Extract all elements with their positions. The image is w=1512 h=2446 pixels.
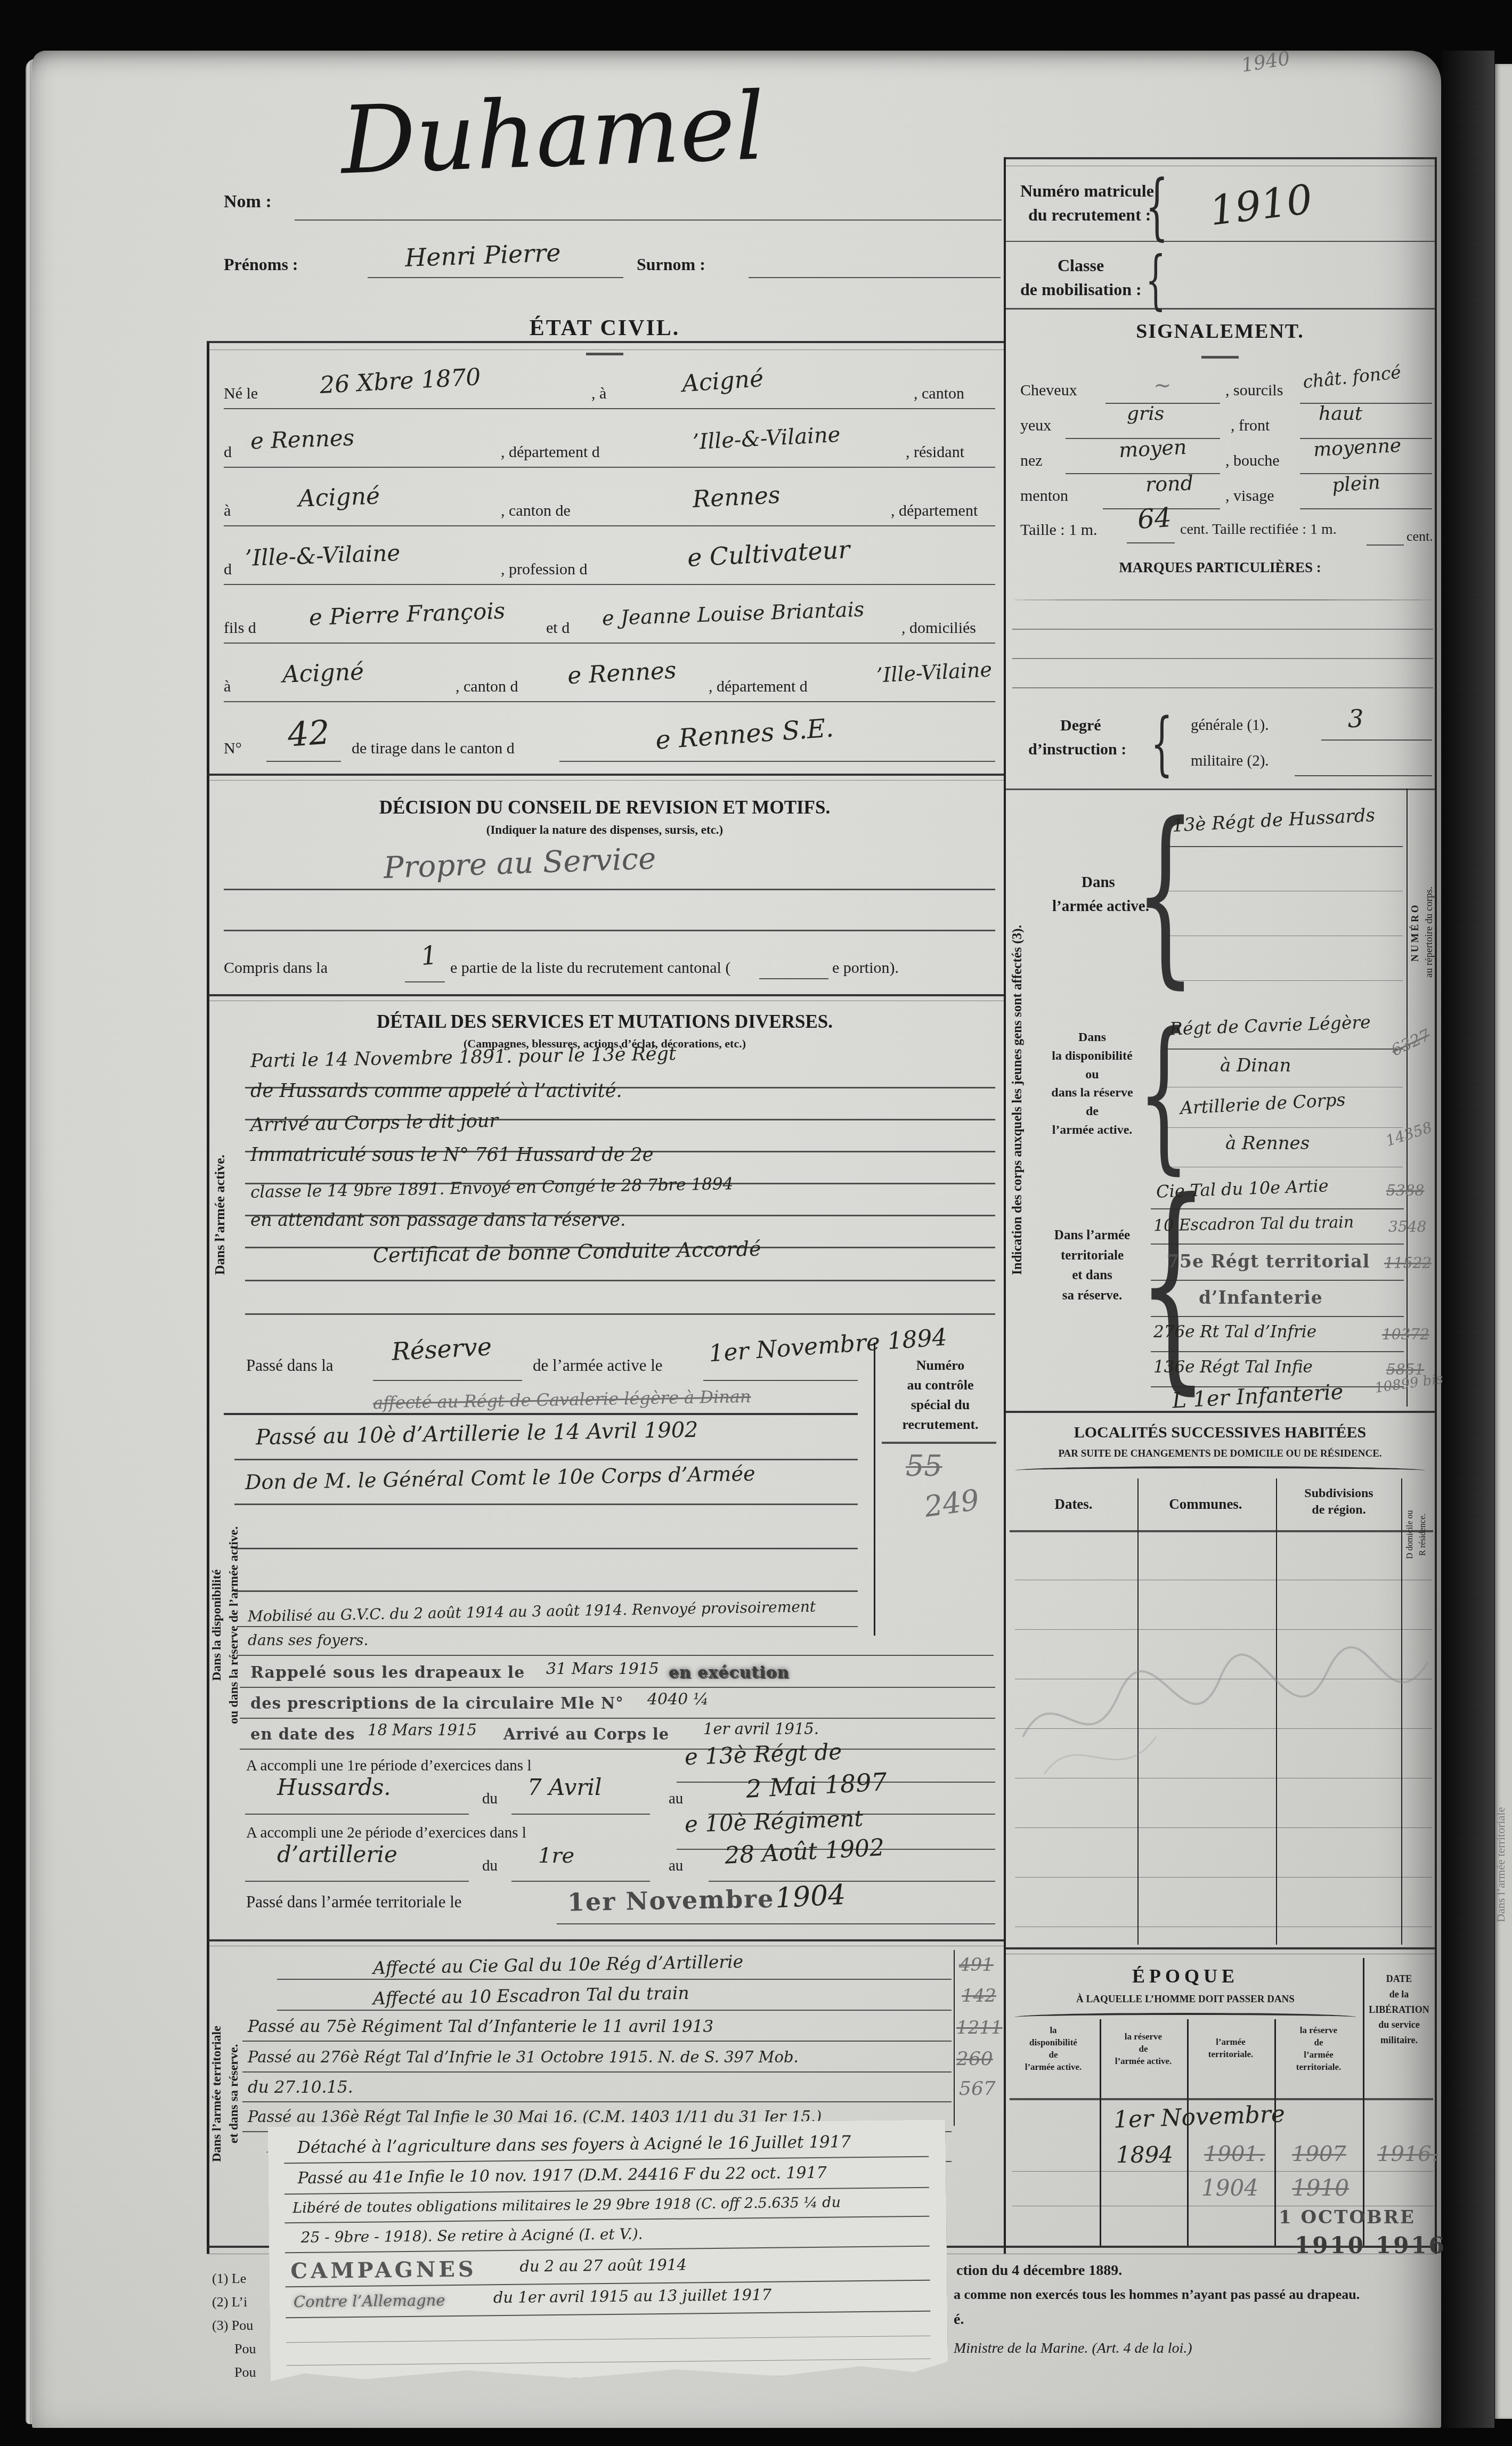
periode1-rule-3: [511, 1814, 650, 1815]
corps-dispo-rule-2: [1164, 1087, 1403, 1087]
epoque-col-2: la réserve de l’armée active.: [1101, 2031, 1186, 2068]
classe-label-1: Classe: [1058, 256, 1104, 275]
form-left-border: [207, 341, 209, 2254]
d2-label: d: [224, 560, 232, 579]
corps-active-rule-4: [1164, 980, 1403, 981]
canton-label: , canton: [914, 385, 964, 403]
endate-stamp-b: Arrivé au Corps le: [503, 1725, 669, 1743]
localites-row-2: [1015, 1629, 1432, 1630]
passe-reserve-label-b: de l’armée active le: [533, 1356, 663, 1375]
localites-head-rule: [1010, 1530, 1433, 1532]
matricule-label-2: du recrutement :: [1028, 205, 1151, 225]
territorial-margin-label-2: et dans sa réserve.: [227, 1955, 241, 2232]
mobilise-rule-2: [237, 1655, 994, 1656]
taille-label-b: cent. Taille rectifiée : 1 m.: [1180, 521, 1337, 538]
visage-rule: [1300, 508, 1432, 509]
epoque-row-1: [1012, 2171, 1433, 2172]
localites-col-dr-2: R résidence.: [1418, 1486, 1428, 1582]
corps-dispo-value-4: à Rennes: [1225, 1133, 1310, 1154]
a3-label: à: [224, 678, 231, 696]
corps-margin-label: Indication des corps auxquels les jeunes…: [1010, 799, 1025, 1401]
localites-vline-3: [1401, 1478, 1402, 1945]
slip-rule-7: [286, 2336, 931, 2343]
corps-terr-value-2: 10 Escadron Tal du train: [1153, 1213, 1354, 1236]
decision-subtitle: (Indiquer la nature des dispenses, sursi…: [486, 823, 724, 837]
bouche-label: , bouche: [1225, 452, 1280, 470]
footnote-right-2: a comme non exercés tous les hommes n’ay…: [954, 2287, 1360, 2303]
a3-value: Acigné: [282, 658, 364, 688]
localites-row-7: [1015, 1877, 1432, 1878]
signalement-dash: [1201, 356, 1239, 359]
territorial-rule-4: [242, 2071, 952, 2073]
a1-value: Acigné: [681, 365, 764, 398]
prescriptions-rule: [240, 1718, 995, 1719]
nez-label: nez: [1020, 452, 1043, 470]
mobilise-rule-1: [237, 1626, 858, 1627]
fils-label: fils d: [224, 619, 256, 637]
epoque-c4-value-1: 1907: [1292, 2142, 1346, 2166]
localites-col-subdiv: Subdivisions de région.: [1304, 1485, 1373, 1518]
next-page-sliver: [1495, 64, 1512, 2419]
nom-line: [295, 220, 1002, 221]
service-line-4: Immatriculé sous le N° 761 Hussard de 2e: [250, 1144, 653, 1166]
compris-label-c: e portion).: [832, 959, 899, 977]
bouche-value: moyenne: [1313, 435, 1402, 461]
corps-terr-rule-2: [1151, 1244, 1404, 1245]
periode1-value-2: Hussards.: [277, 1774, 391, 1800]
reserve-margin-label-2: ou dans la réserve de l’armée active.: [227, 1364, 241, 1886]
ordre-general-rule: [234, 1504, 858, 1505]
periode1-du-value: 7 Avril: [527, 1774, 601, 1800]
rappele-stamp-a: Rappelé sous les drapeaux le: [250, 1663, 525, 1682]
slip-rule-6: [286, 2311, 930, 2319]
passe-reserve-label-a: Passé dans la: [246, 1356, 334, 1375]
reserve-blank-1: [234, 1548, 858, 1549]
periode1-value: e 13è Régt de: [684, 1738, 842, 1770]
corps-numero-label-2: au répertoire du corps.: [1424, 820, 1435, 1044]
ec-line-1: [224, 408, 995, 409]
prescriptions-stamp: des prescriptions de la circulaire Mle N…: [250, 1694, 624, 1712]
generale-rule: [1321, 740, 1432, 741]
footnote-4: Pou: [234, 2341, 256, 2357]
rappele-rule: [240, 1687, 995, 1688]
menton-value: rond: [1145, 471, 1193, 496]
corps-active-rule-2: [1164, 891, 1403, 891]
section-rule-2b: [207, 1001, 1004, 1001]
front-label: , front: [1231, 417, 1270, 435]
militaire-label: militaire (2).: [1191, 752, 1269, 770]
controle-label-1: Numéro: [916, 1358, 965, 1374]
controle-box-border: [874, 1343, 875, 1636]
ec-line-2: [224, 467, 995, 468]
taille-rule-2: [1367, 545, 1404, 546]
localites-row-8: [1015, 1927, 1432, 1927]
section-rule-3: [207, 1939, 1004, 1941]
prescriptions-value: 4040 ¼: [647, 1690, 709, 1709]
compris-line-1: [405, 981, 445, 982]
localites-row-1: [1015, 1580, 1432, 1580]
territorial-line-5: du 27.10.15.: [248, 2078, 353, 2097]
territoriale-stamp: 1er Novembre: [567, 1884, 775, 1917]
localites-vline-1: [1137, 1478, 1139, 1945]
periode2-du: du: [482, 1857, 498, 1875]
territorial-rule-3: [242, 2041, 952, 2042]
periode1-rule-2: [245, 1814, 469, 1815]
slip-rule-3: [284, 2216, 929, 2224]
canton2-label: , canton de: [501, 502, 571, 520]
domicilies-label: , domiciliés: [901, 619, 976, 637]
next-page-margin-label: Dans l’armée territoriale: [1494, 1678, 1508, 2051]
footnote-5: Pou: [234, 2364, 256, 2380]
territorial-rule-2: [277, 2010, 952, 2011]
periode2-value-2: d’artillerie: [277, 1841, 397, 1867]
menton-label: menton: [1020, 487, 1068, 505]
localites-row-4: [1015, 1728, 1432, 1729]
corps-dispo-rule-3: [1164, 1127, 1403, 1128]
marques-line-2: [1012, 629, 1433, 630]
corps-active-label-1: Dans: [1082, 874, 1115, 891]
slip-rule-1: [284, 2156, 929, 2164]
residant-label: , résidant: [906, 443, 964, 461]
services-margin-label: Dans l’armée active.: [212, 1066, 228, 1364]
epoque-c3-value-1: 1901.: [1204, 2142, 1265, 2166]
services-title: DÉTAIL DES SERVICES ET MUTATIONS DIVERSE…: [377, 1011, 833, 1033]
localites-bottom-rule2: [1006, 1954, 1435, 1954]
periode2-du-value: 1re: [538, 1843, 574, 1868]
slip-line-3: Libéré de toutes obligations militaires …: [292, 2194, 841, 2216]
corps-terr-num-1: 5388: [1386, 1182, 1424, 1199]
section-rule-2: [207, 994, 1004, 996]
form-right-border: [1435, 157, 1437, 2254]
section-rule-1b: [207, 780, 1004, 781]
matricule-divider: [1004, 241, 1435, 242]
territoriale-value: 1904: [775, 1879, 847, 1915]
matricule-box-top: [1004, 157, 1437, 159]
reserve-margin-label-1: Dans la disponibilité: [210, 1364, 224, 1886]
periode2-rule-3: [511, 1881, 650, 1882]
d2-value: ’Ille-&-Vilaine: [245, 540, 401, 571]
slip-rule-8: [286, 2359, 931, 2366]
dept2-label: , département: [891, 502, 978, 520]
slip-line-4: 25 - 9bre - 1918). Se retire à Acigné (I…: [301, 2225, 643, 2246]
periode1-du: du: [482, 1790, 498, 1808]
corps-terr-label: Dans l’armée territoriale et dans sa rés…: [1039, 1225, 1145, 1305]
passe-artillerie-rule: [234, 1459, 858, 1460]
localites-subtitle: PAR SUITE DE CHANGEMENTS DE DOMICILE OU …: [1058, 1448, 1381, 1460]
classe-label-2: de mobilisation :: [1020, 280, 1142, 299]
dept3-label: , département d: [709, 678, 808, 696]
surnom-line: [749, 277, 1001, 278]
corps-terr-rule-4: [1151, 1351, 1404, 1352]
localites-col-dates: Dates.: [1054, 1496, 1092, 1513]
corps-numero-label-1: NUMÉRO: [1410, 820, 1421, 1044]
tirage-line: [559, 761, 995, 762]
localites-col-communes: Communes.: [1169, 1496, 1242, 1513]
controle-old-value: 55: [906, 1449, 942, 1483]
instruction-label-1: Degré: [1060, 717, 1101, 735]
epoque-col-3: l’armée territoriale.: [1188, 2036, 1273, 2061]
signalement-title: SIGNALEMENT.: [1136, 320, 1304, 343]
controle-label-3: spécial du: [911, 1397, 970, 1413]
epoque-vline-date: [1363, 1958, 1364, 2246]
etat-civil-dash: [586, 353, 623, 355]
canton2-value: Rennes: [692, 482, 781, 514]
classe-brace: {: [1145, 248, 1166, 312]
mobilise-line-2: dans ses foyers.: [248, 1631, 368, 1649]
epoque-1916-stamp: 1916: [1376, 2232, 1446, 2258]
slip-campagne-2a: Contre l’Allemagne: [294, 2291, 445, 2311]
localites-title: LOCALITÉS SUCCESSIVES HABITÉES: [1074, 1424, 1367, 1442]
instruction-brace: {: [1151, 709, 1173, 778]
yeux-label: yeux: [1020, 417, 1051, 435]
prenoms-label: Prénoms :: [224, 255, 298, 274]
corps-dispo-value-2: à Dinan: [1220, 1055, 1291, 1076]
footnote-right-1: ction du 4 décembre 1889.: [956, 2262, 1122, 2279]
compris-line-2: [759, 978, 828, 979]
localites-row-5: [1015, 1778, 1432, 1778]
prof-label: , profession d: [501, 560, 587, 579]
cheveux-value: ~: [1153, 373, 1172, 397]
slip-campagne-2b: du 1er avril 1915 au 13 juillet 1917: [493, 2286, 771, 2306]
periode2-label: A accompli une 2e période d’exercices da…: [246, 1824, 526, 1842]
endate-value-a: 18 Mars 1915: [368, 1721, 477, 1739]
corps-active-label-2: l’armée active.: [1052, 898, 1149, 915]
territorial-line-3: Passé au 75è Régiment Tal d’Infanterie l…: [248, 2017, 713, 2036]
localites-row-6: [1015, 1827, 1432, 1828]
territorial-num-5: 567: [959, 2078, 996, 2100]
endate-rule: [240, 1749, 995, 1750]
service-rule-7: [245, 1280, 995, 1281]
footnote-1: (1) Le: [212, 2271, 246, 2287]
territorial-line-4: Passé au 276è Régt Tal d’Infrie le 31 Oc…: [248, 2048, 799, 2066]
corps-bottom-rule: [1006, 1411, 1435, 1413]
form-top-border: [207, 341, 1004, 343]
territorial-num-1: 491: [959, 1954, 994, 1976]
decision-line-2: [224, 930, 995, 931]
endate-stamp-a: en date des: [250, 1725, 355, 1743]
ec-line-3: [224, 525, 995, 526]
territoriale-rule: [557, 1923, 995, 1924]
ec-line-4: [224, 584, 995, 585]
corps-terr-stamp-1b: d’Infanterie: [1199, 1287, 1323, 1308]
slip-rule-2: [284, 2187, 929, 2195]
instruction-bottom-rule: [1006, 789, 1435, 790]
nez-value: moyen: [1118, 435, 1187, 462]
epoque-subtitle: À LAQUELLE L’HOMME DOIT PASSER DANS: [1076, 1994, 1295, 2005]
epoque-octobre-stamp: 1 OCTOBRE: [1279, 2207, 1416, 2228]
periode2-au: au: [669, 1857, 683, 1875]
tirage-label: de tirage dans le canton d: [352, 740, 515, 758]
localites-vline-2: [1276, 1478, 1277, 1945]
name-signature: Duhamel: [339, 72, 767, 196]
slip-campagne-1: du 2 au 27 août 1914: [519, 2255, 687, 2275]
periode2-rule-4: [709, 1881, 995, 1882]
d1-value: e Rennes: [250, 425, 355, 454]
footnote-right-3: é.: [954, 2311, 964, 2328]
periode2-rule-2: [245, 1881, 469, 1882]
epoque-c4-value-2: 1910: [1292, 2175, 1349, 2201]
taille-value: 64: [1136, 502, 1173, 535]
cavalerie-rule: [224, 1413, 858, 1415]
taille-label-c: cent.: [1407, 529, 1433, 545]
territorial-num-2: 142: [962, 1985, 996, 2006]
marques-line-1: [1012, 599, 1433, 600]
epoque-ornament: [1015, 2013, 1356, 2021]
corps-terr-stamp-1: 75e Régt territorial: [1167, 1251, 1370, 1272]
corps-terr-num-4: 10372: [1382, 1326, 1429, 1343]
corps-terr-num-2: 3548: [1388, 1218, 1426, 1236]
nez-rule: [1066, 473, 1220, 474]
localites-row-3: [1015, 1679, 1432, 1679]
sourcils-label: , sourcils: [1225, 381, 1283, 400]
epoque-head-rule: [1010, 2098, 1433, 2100]
visage-value: plein: [1331, 472, 1381, 497]
epoque-row-2: [1012, 2206, 1433, 2206]
compris-label-b: e partie de la liste du recrutement cant…: [450, 959, 730, 977]
taille-rule-1: [1127, 542, 1175, 543]
slip-rule-4: [285, 2246, 930, 2254]
matricule-box-bottom: [1004, 308, 1435, 310]
taille-label-a: Taille : 1 m.: [1020, 521, 1098, 539]
corps-terr-num-3: 11522: [1384, 1254, 1432, 1272]
tirage-no-value: 42: [287, 712, 331, 754]
canton3-label: , canton d: [456, 678, 518, 696]
periode1-label: A accompli une 1re période d’exercices d…: [246, 1757, 531, 1775]
epoque-col-date: DATE de la LIBÉRATION du service militai…: [1365, 1971, 1433, 2048]
territorial-num-divider: [954, 1950, 955, 2126]
surnom-label: Surnom :: [637, 255, 705, 274]
canton3-value: e Rennes: [567, 657, 677, 690]
marques-line-3: [1012, 658, 1433, 659]
corps-terr-rule-3b: [1151, 1316, 1404, 1317]
a1-label: , à: [591, 385, 606, 403]
territorial-num-4: 260: [956, 2048, 993, 2070]
territoriale-label: Passé dans l’armée territoriale le: [246, 1892, 462, 1912]
rappele-value: 31 Mars 1915: [546, 1660, 659, 1678]
decision-title: DÉCISION DU CONSEIL DE REVISION ET MOTIF…: [379, 797, 830, 818]
localites-bottom-rule: [1006, 1947, 1435, 1949]
cheveux-label: Cheveux: [1020, 381, 1077, 400]
controle-label-2: au contrôle: [907, 1377, 974, 1393]
slip-line-1: Détaché à l’agriculture dans ses foyers …: [297, 2132, 851, 2157]
a2-value: Acigné: [298, 482, 380, 512]
epoque-1910-stamp: 1910: [1295, 2232, 1365, 2258]
territorial-num-3: 1211: [956, 2017, 1003, 2038]
book-gutter: [1441, 51, 1494, 2428]
reserve-blank-2: [234, 1590, 858, 1592]
ec-line-5: [224, 643, 995, 644]
generale-value: 3: [1348, 704, 1363, 733]
ne-le-label: Né le: [224, 385, 258, 403]
dept1-label: , département d: [501, 443, 600, 461]
territorial-rule-1: [277, 1979, 952, 1980]
prenoms-line: [368, 277, 623, 278]
decision-line-1: [224, 889, 995, 890]
et-label: et d: [546, 619, 570, 637]
compris-value: 1: [420, 940, 438, 971]
corps-dispo-label: Dans la disponibilité ou dans la réserve…: [1042, 1028, 1143, 1140]
ec-line-6: [224, 701, 995, 702]
corps-terr-rule-3: [1151, 1280, 1404, 1281]
epoque-col-4: la réserve de l’armée territoriale.: [1275, 2025, 1362, 2074]
slip-line-2: Passé au 41e Infie le 10 nov. 1917 (D.M.…: [297, 2164, 827, 2188]
footnote-3: (3) Pou: [212, 2318, 253, 2334]
corps-active-rule-1: [1164, 846, 1403, 847]
section-rule-1: [207, 774, 1004, 776]
campagnes-stamp: CAMPAGNES: [290, 2257, 477, 2284]
tirage-no-label: N°: [224, 740, 242, 758]
corps-num-divider: [1407, 789, 1408, 1407]
corps-terr-value-4: 276e Rt Tal d’Infrie: [1153, 1322, 1316, 1342]
generale-label: générale (1).: [1191, 717, 1269, 734]
matricule-label-1: Numéro matricule: [1020, 181, 1154, 201]
territorial-margin-label-1: Dans l’armée territoriale: [210, 1955, 224, 2232]
matricule-box-top2: [1004, 166, 1437, 166]
localites-ornament: [1015, 1466, 1425, 1475]
corps-dispo-rule-1: [1164, 1049, 1403, 1050]
epoque-c5-value: 1916.: [1377, 2142, 1438, 2166]
yeux-value: gris: [1127, 403, 1164, 425]
service-line-3: Arrivé au Corps le dit jour: [250, 1110, 499, 1136]
front-value: haut: [1319, 403, 1362, 425]
rappele-stamp-b: en exécution: [669, 1663, 790, 1682]
marques-line-4: [1012, 687, 1433, 688]
militaire-rule: [1295, 775, 1432, 776]
endate-value-b: 1er avril 1915.: [703, 1720, 819, 1738]
pasted-slip: Détaché à l’agriculture dans ses foyers …: [268, 2119, 948, 2381]
footnote-right-4: Ministre de la Marine. (Art. 4 de la loi…: [954, 2340, 1192, 2357]
passe-reserve-line-b: [703, 1380, 858, 1381]
tirage-no-line: [266, 761, 341, 762]
matricule-brace: {: [1145, 170, 1168, 242]
a2-label: à: [224, 502, 231, 520]
territorial-rule-5: [242, 2101, 952, 2102]
periode1-au: au: [669, 1790, 683, 1808]
service-line-6: en attendant son passage dans la réserve…: [250, 1209, 626, 1230]
form-top-border2: [207, 350, 1004, 350]
scanned-register-photo: Dans l’armée territoriale 1940 Duhamel N…: [0, 0, 1512, 2446]
service-line-2: de Hussards comme appelé à l’activité.: [250, 1080, 622, 1102]
prenoms-value: Henri Pierre: [404, 238, 561, 272]
passe-reserve-line-a: [373, 1380, 522, 1381]
nom-label: Nom :: [224, 192, 272, 212]
footnote-2: (2) L’i: [212, 2294, 247, 2310]
controle-label-4: recrutement.: [902, 1417, 978, 1433]
etat-civil-title: ÉTAT CIVIL.: [530, 315, 680, 341]
localites-col-dr-1: D domicile ou: [1405, 1486, 1415, 1582]
marques-label: MARQUES PARTICULIÈRES :: [1119, 559, 1321, 576]
column-divider: [1004, 157, 1006, 2254]
corps-terr-rule-1: [1151, 1208, 1404, 1209]
epoque-c2-value: 1894: [1116, 2142, 1173, 2168]
corps-active-rule-3: [1164, 936, 1403, 936]
corps-terr-value-5: 136e Régt Tal Infie: [1153, 1358, 1313, 1377]
controle-rule: [882, 1442, 996, 1444]
d1-label: d: [224, 443, 232, 461]
section-rule-3b: [207, 1946, 1004, 1946]
epoque-title: ÉPOQUE: [1132, 1965, 1239, 1987]
passe-reserve-value-a: Réserve: [391, 1332, 492, 1366]
epoque-col-1: la disponibilité de l’armée active.: [1008, 2025, 1099, 2074]
epoque-c3-value-2: 1904: [1201, 2175, 1258, 2201]
service-rule-8: [245, 1313, 995, 1315]
visage-label: , visage: [1225, 487, 1274, 505]
instruction-label-2: d’instruction :: [1028, 741, 1126, 759]
compris-label-a: Compris dans la: [224, 959, 328, 977]
